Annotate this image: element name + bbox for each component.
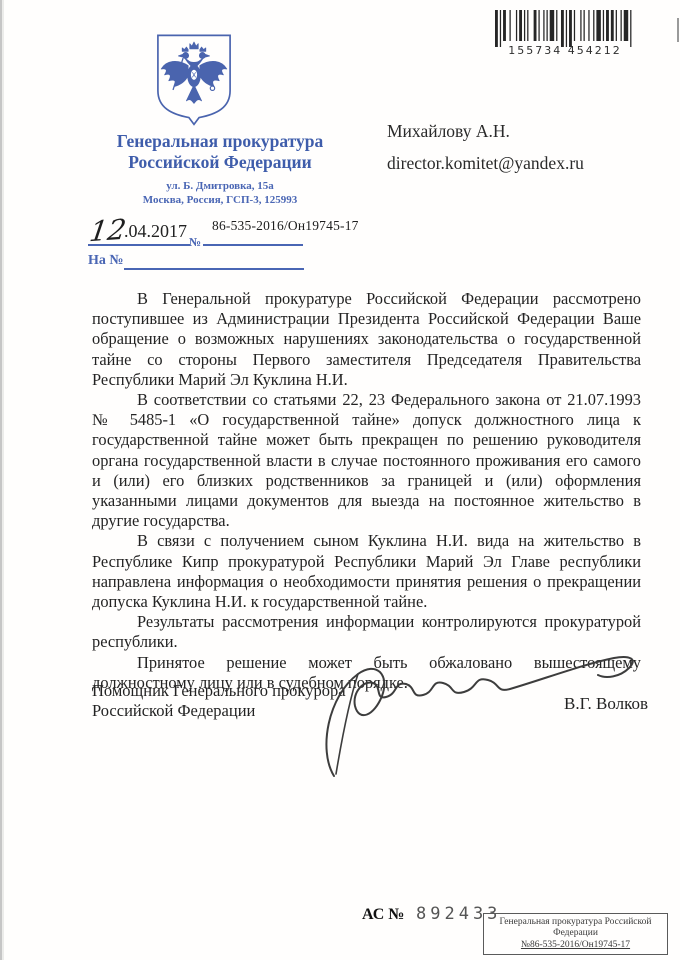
signer-position: Помощник Генерального прокурора Российск… bbox=[92, 681, 346, 721]
number-underline bbox=[203, 244, 303, 246]
scan-edge-right bbox=[677, 18, 679, 42]
letter-body: В Генеральной прокуратуре Российской Фед… bbox=[92, 289, 641, 693]
paragraph-2: В соответствии со статьями 22, 23 Федера… bbox=[92, 390, 641, 531]
number-sign-label: № bbox=[189, 235, 201, 250]
org-address-line2: Москва, Россия, ГСП-3, 125993 bbox=[60, 194, 380, 208]
outgoing-number: 86-535-2016/Он19745-17 bbox=[212, 218, 359, 234]
barcode-number: 155734 454212 bbox=[495, 44, 635, 57]
stamp-org-line2: Федерации bbox=[484, 928, 667, 940]
org-name: Генеральная прокуратура Российской Федер… bbox=[60, 131, 380, 173]
org-address: ул. Б. Дмитровка, 15а Москва, Россия, ГС… bbox=[60, 180, 380, 207]
registration-stamp: Генеральная прокуратура Российской Федер… bbox=[483, 913, 668, 955]
letter-page: 155734 454212 bbox=[0, 0, 680, 960]
stamp-org-line1: Генеральная прокуратура Российской bbox=[484, 917, 667, 929]
recipient-email: director.komitet@yandex.ru bbox=[387, 153, 584, 174]
typed-date: .04.2017 bbox=[124, 221, 187, 242]
recipient-name: Михайлову А.Н. bbox=[387, 121, 510, 142]
date-underline bbox=[88, 244, 190, 246]
ac-number-label: АС № bbox=[362, 906, 404, 924]
signer-position-line1: Помощник Генерального прокурора bbox=[92, 681, 346, 701]
coat-of-arms-icon bbox=[150, 32, 238, 126]
org-name-line2: Российской Федерации bbox=[60, 152, 380, 173]
barcode-bars bbox=[495, 10, 635, 48]
signer-name: В.Г. Волков bbox=[564, 694, 648, 714]
stamp-number: №86-535-2016/Он19745-17 bbox=[484, 940, 667, 952]
org-name-line1: Генеральная прокуратура bbox=[60, 131, 380, 152]
paragraph-1: В Генеральной прокуратуре Российской Фед… bbox=[92, 289, 641, 390]
signer-position-line2: Российской Федерации bbox=[92, 701, 346, 721]
org-address-line1: ул. Б. Дмитровка, 15а bbox=[60, 180, 380, 194]
incoming-number-underline bbox=[124, 268, 304, 270]
scan-edge-left-light bbox=[2, 0, 4, 960]
incoming-number-label: На № bbox=[88, 253, 123, 269]
paragraph-3: В связи с получением сыном Куклина Н.И. … bbox=[92, 531, 641, 612]
handwritten-date: 12 bbox=[87, 213, 128, 248]
barcode: 155734 454212 bbox=[495, 10, 635, 57]
